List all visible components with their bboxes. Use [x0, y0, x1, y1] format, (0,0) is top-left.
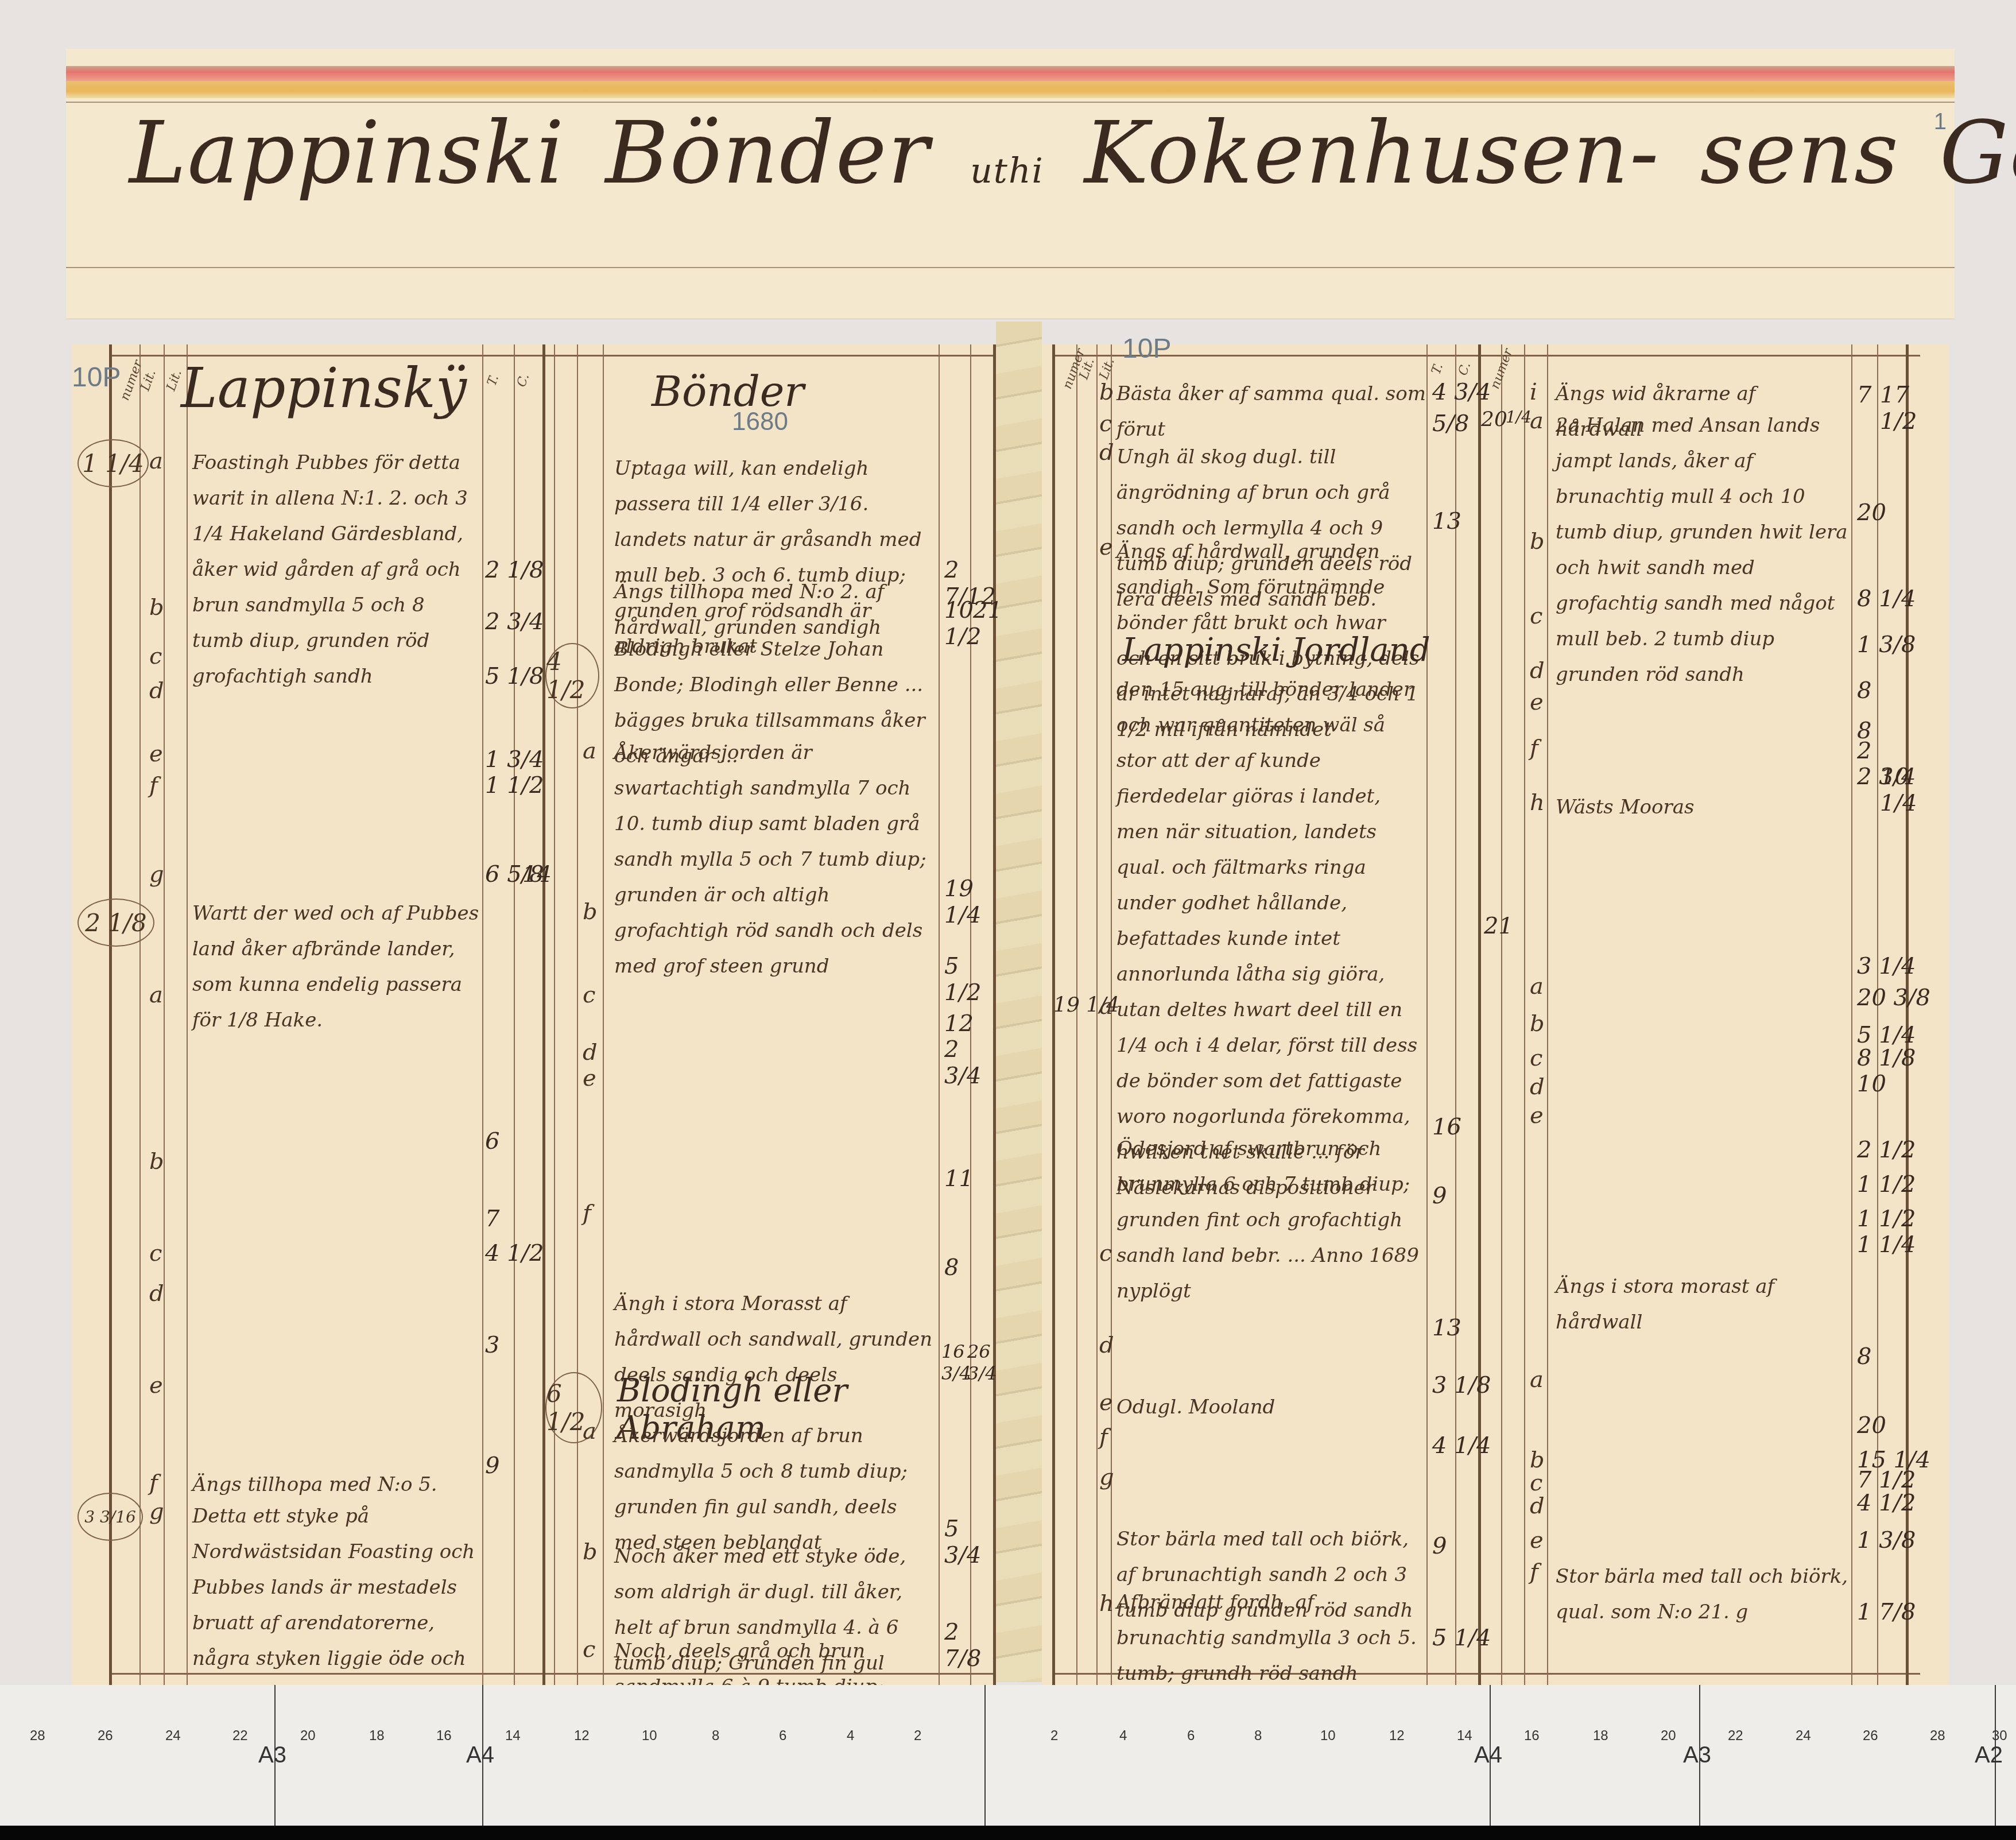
parcel-letter: f: [1099, 1424, 1108, 1450]
area-value: 2 3/4: [944, 1036, 996, 1089]
ruler-number: 30: [1992, 1728, 2007, 1744]
parcel-letter: c: [583, 982, 595, 1008]
area-value: 1 1/2: [485, 772, 544, 799]
parcel-letter: e: [1530, 1102, 1544, 1129]
column-header: T.: [484, 373, 502, 388]
pencil-folio-mark: 10P: [72, 362, 121, 393]
ruled-line: [66, 267, 1955, 268]
column-rule: [1547, 344, 1548, 1685]
area-value: 11: [944, 1165, 974, 1192]
parcel-letter: b: [1099, 379, 1114, 405]
column-header: C.: [1456, 360, 1474, 377]
area-value: 5 1/2: [944, 953, 996, 1006]
entry-text: Odugl. Mooland: [1116, 1389, 1426, 1425]
parcel-letter: a: [1099, 993, 1113, 1020]
ruler-number: 6: [779, 1728, 786, 1744]
ruler-number: 20: [300, 1728, 316, 1744]
area-value: 13: [1432, 508, 1461, 534]
parcel-number-circle: 3 3/16: [77, 1493, 143, 1541]
entry-text: Ängs i stora morast af hårdwall: [1556, 1269, 1848, 1340]
title-word: Lappinski: [129, 103, 565, 203]
title-strip: LappinskiBönderuthiKokenhusen-sensGebiet…: [66, 49, 1955, 319]
entry-text: Ödesjord af swartbrun och brunmylla 6 oc…: [1116, 1131, 1426, 1309]
red-border-stripe: [66, 66, 1955, 81]
area-value: 5/8: [1432, 410, 1469, 437]
parcel-letter: c: [1099, 410, 1112, 437]
parcel-letter: h: [1099, 1590, 1114, 1617]
area-value: 20 3/8: [1857, 985, 1930, 1011]
column-rule: [603, 344, 604, 1685]
area-value: 19 1/4: [944, 876, 996, 928]
parcel-letter: g: [149, 861, 164, 888]
ruler-number: 16: [1524, 1728, 1540, 1744]
parcel-letter: f: [1530, 735, 1538, 761]
parcel-letter: c: [1530, 603, 1542, 629]
column-rule: [164, 344, 165, 1685]
parcel-letter: a: [149, 448, 163, 474]
area-value: 8 1/4: [1857, 586, 1916, 612]
area-value: 20: [1857, 1412, 1886, 1439]
measurement-ruler: 28 26 24 22 20 18 16 14 12 10 8 6 4 2 2 …: [0, 1685, 2016, 1840]
parcel-letter: c: [1099, 1240, 1112, 1266]
title-word: Bönder: [606, 103, 931, 203]
column-rule: [939, 344, 940, 1685]
title-word: uthi: [970, 151, 1044, 191]
entry-text: Afbrändatt fordh. af brunachtig sandmyll…: [1116, 1585, 1426, 1691]
ruler-number: 10: [1320, 1728, 1336, 1744]
ruler-number: 18: [369, 1728, 385, 1744]
area-value: 1 1/4: [1857, 1231, 1916, 1258]
gold-border-stripe: [66, 81, 1955, 98]
column-rule: [139, 344, 141, 1685]
area-value: 2 7/8: [944, 1619, 996, 1672]
entry-text: Wästs Mooras: [1556, 789, 1848, 825]
parcel-letter: f: [149, 1470, 158, 1496]
parcel-letter: a: [149, 982, 163, 1008]
area-value: 7: [485, 1206, 499, 1232]
column-rule: [554, 344, 555, 1685]
area-value: 13: [1432, 1315, 1461, 1341]
ruler-number: 18: [1593, 1728, 1608, 1744]
ruler-number: 20: [1661, 1728, 1676, 1744]
area-value: 4 3/4: [1432, 379, 1491, 405]
area-value: 12: [944, 1010, 974, 1037]
column-rule: [1478, 344, 1481, 1685]
column-rule: [1851, 344, 1852, 1685]
parcel-letter: b: [1530, 528, 1545, 555]
area-value: 4 1/2: [1857, 1490, 1916, 1516]
ruler-number: 2: [1050, 1728, 1058, 1744]
area-value: 2 1/8: [485, 557, 544, 583]
parcel-letter: d: [1099, 439, 1114, 466]
area-value: 21: [1484, 913, 1513, 939]
parcel-letter: f: [149, 772, 158, 799]
parcel-number-circle: 2 1/8: [77, 898, 154, 947]
entry-text: Åkerwärdsjorden är swartachtigh sandmyll…: [614, 735, 936, 984]
area-value: 4 1/4: [1432, 1432, 1491, 1459]
parcel-letter: f: [583, 1200, 591, 1226]
scanner-bed-edge: [0, 1826, 2016, 1840]
entry-text: Bästa åker af samma qual. som förut: [1116, 376, 1426, 447]
parcel-letter: d: [583, 1039, 598, 1066]
ruler-number: 8: [712, 1728, 719, 1744]
ruler-center-tick: [984, 1685, 986, 1834]
section-heading: Lappinski Jordland: [1122, 632, 1430, 669]
parcel-letter: i: [1530, 379, 1537, 405]
area-value: 9: [485, 1452, 499, 1479]
area-value: 2 3/4: [485, 609, 544, 635]
parcel-letter: g: [1099, 1464, 1114, 1490]
left-page: 10P 1680 numer Lit. Lit. T. C. Lappinskÿ…: [72, 344, 996, 1685]
area-value: 1 3/4: [485, 746, 544, 773]
parcel-letter: a: [1530, 408, 1544, 434]
ruler-number: 16: [436, 1728, 452, 1744]
area-value: 8: [944, 1254, 959, 1281]
ruler-number: 12: [1389, 1728, 1405, 1744]
parcel-letter: a: [583, 1418, 596, 1444]
area-value: 3: [485, 1332, 499, 1358]
title-word: sens: [1700, 103, 1899, 203]
area-value-secondary: 21: [973, 597, 1002, 623]
entry-text: Wartt der wed och af Pubbes land åker af…: [192, 896, 479, 1038]
ruler-number: 14: [1457, 1728, 1472, 1744]
parcel-letter: b: [1530, 1010, 1545, 1037]
area-value: 16: [1432, 1114, 1461, 1140]
ruler-number: 22: [232, 1728, 248, 1744]
paper-format-label: A4: [466, 1742, 494, 1768]
column-rule: [1455, 344, 1456, 1685]
column-header: Lit.: [1097, 357, 1118, 382]
area-value: 2: [1857, 738, 1871, 764]
pencil-mark: 1: [1934, 109, 1947, 135]
area-value: 8: [1857, 677, 1871, 704]
pencil-folio-mark: 10P: [1122, 333, 1171, 365]
area-value: 4 1/2: [485, 1240, 544, 1266]
parcel-letter: g: [149, 1498, 164, 1525]
ruler-number: 28: [1930, 1728, 1945, 1744]
area-value: 20: [1857, 499, 1886, 526]
column-header: C.: [514, 371, 532, 389]
parcel-letter: c: [149, 643, 162, 669]
document-title: LappinskiBönderuthiKokenhusen-sensGebiet…: [129, 103, 1943, 203]
column-rule: [1426, 344, 1428, 1685]
area-value: 1 3/8: [1857, 632, 1916, 658]
paper-format-label: A3: [1683, 1742, 1711, 1768]
parcel-letter: e: [583, 1065, 596, 1091]
column-header: T.: [1429, 362, 1446, 377]
paper-format-label: A3: [258, 1742, 286, 1768]
ruler-number: 12: [574, 1728, 590, 1744]
right-page: 10P numer Lit. Lit. T. C. numer b Bästa …: [1042, 344, 1949, 1685]
ruler-number: 26: [98, 1728, 113, 1744]
parcel-letter: e: [1099, 1389, 1113, 1416]
parcel-letter: a: [583, 738, 596, 764]
paper-format-label: A2: [1975, 1742, 2003, 1768]
ruler-number: 8: [1254, 1728, 1262, 1744]
ruler-number: 24: [165, 1728, 181, 1744]
area-value: 7: [1857, 382, 1871, 408]
ruler-number: 2: [914, 1728, 921, 1744]
parcel-letter: c: [1530, 1045, 1542, 1071]
parcel-letter: e: [1530, 689, 1544, 715]
area-value: 5 3/4: [944, 1516, 996, 1568]
ruler-number: 22: [1728, 1728, 1743, 1744]
parcel-letter: e: [149, 1372, 163, 1399]
area-value: 9: [1432, 1183, 1447, 1209]
title-word: Gebiet: [1940, 103, 2016, 203]
column-rule: [577, 344, 578, 1685]
entry-text: 2a Halan med Ansan lands jampt lands, åk…: [1556, 408, 1848, 692]
area-value: 10: [1857, 1071, 1886, 1097]
ruler-number: 4: [1119, 1728, 1127, 1744]
area-value-secondary: 10 1/4: [1880, 764, 1949, 816]
area-value: 8 1/8: [1857, 1045, 1916, 1071]
area-value: 5 1/8: [485, 663, 544, 689]
parcel-number-circle: 4 1/2: [545, 643, 599, 708]
parcel-letter: d: [1530, 1074, 1545, 1100]
ruler-number: 26: [1863, 1728, 1878, 1744]
column-header: numer: [1488, 347, 1515, 391]
column-rule: [993, 344, 996, 1685]
parcel-letter: b: [583, 1539, 598, 1565]
parcel-letter: e: [149, 741, 163, 767]
parcel-letter: a: [1530, 973, 1544, 1000]
column-rule: [1524, 344, 1525, 1685]
parcel-letter: e: [1530, 1527, 1544, 1554]
ruler-number: 24: [1796, 1728, 1811, 1744]
area-value: 9: [1432, 1533, 1447, 1559]
parcel-letter: b: [583, 898, 598, 925]
ruler-number: 4: [847, 1728, 854, 1744]
parcel-letter: d: [1530, 1493, 1545, 1519]
entry-text: Foastingh Pubbes för detta warit in alle…: [192, 445, 479, 694]
frame-top-line: [1052, 355, 1920, 357]
parcel-letter: b: [149, 594, 164, 621]
area-value: 1 7/8: [1857, 1599, 1916, 1625]
column-rule: [542, 344, 545, 1685]
parcel-letter: d: [1099, 1332, 1114, 1358]
parcel-number: 20: [1481, 408, 1507, 431]
ruler-number: 14: [505, 1728, 521, 1744]
ruler-number: 6: [1187, 1728, 1195, 1744]
column-rule: [482, 344, 483, 1685]
ruled-line: [66, 102, 1955, 103]
parcel-number-circle: 1 1/4: [77, 439, 149, 487]
column-rule: [109, 344, 112, 1685]
area-value-secondary: 14: [522, 861, 552, 888]
ruler-number: 10: [642, 1728, 657, 1744]
ruler-number: 28: [30, 1728, 45, 1744]
parcel-letter: e: [1099, 534, 1113, 560]
entry-text: den 15 aug: till bönder lander och war q…: [1116, 672, 1426, 1206]
parcel-letter: d: [1530, 657, 1545, 684]
column-rule: [187, 344, 188, 1685]
underlying-map-fragment: [996, 321, 1042, 1682]
parcel-letter: d: [149, 677, 164, 704]
area-value: 6: [485, 1128, 499, 1155]
area-value: 5 1/4: [1432, 1625, 1491, 1651]
area-value: 1 1/2: [1857, 1171, 1916, 1198]
column-rule: [514, 344, 515, 1685]
parcel-letter: f: [1530, 1559, 1538, 1585]
paper-format-label: A4: [1474, 1742, 1502, 1768]
area-value-secondary: 17 1/2: [1880, 382, 1949, 435]
parcel-fraction: 1/4: [1506, 408, 1532, 427]
parcel-letter: b: [149, 1148, 164, 1175]
area-value: 8: [1857, 1343, 1871, 1370]
area-value: 3 1/4: [1857, 953, 1916, 979]
area-value: 2 1/2: [1857, 1137, 1916, 1163]
section-heading: Lappinskÿ: [181, 356, 467, 420]
section-heading: Bönder: [652, 367, 804, 416]
parcel-letter: d: [149, 1280, 164, 1307]
title-word: Kokenhusen-: [1084, 103, 1660, 203]
parcel-letter: c: [583, 1636, 595, 1663]
parcel-letter: a: [1530, 1366, 1544, 1393]
entry-text: Ängs tillhopa med N:o 5.: [192, 1467, 479, 1502]
column-rule: [1501, 344, 1502, 1685]
area-value: 1 1/2: [1857, 1206, 1916, 1232]
area-value: 1 3/8: [1857, 1527, 1916, 1554]
parcel-letter: h: [1530, 789, 1545, 816]
parcel-letter: c: [149, 1240, 162, 1266]
entry-text: Stor bärla med tall och biörk, qual. som…: [1556, 1559, 1848, 1630]
area-value: 3 1/8: [1432, 1372, 1491, 1399]
